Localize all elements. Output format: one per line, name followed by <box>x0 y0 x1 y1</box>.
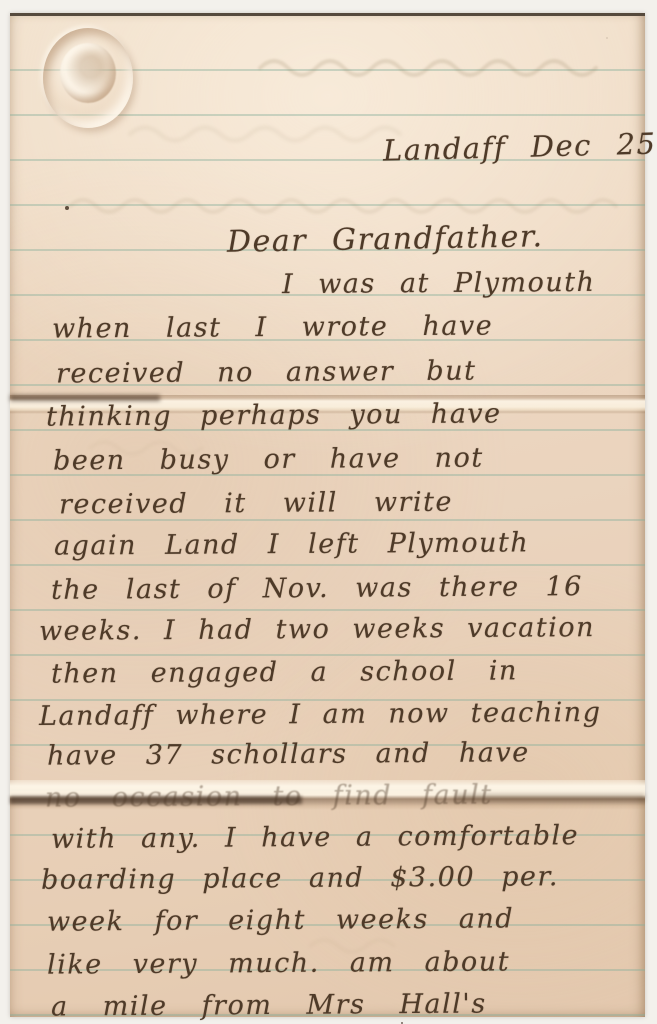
letter-line: I was at Plymouth <box>282 269 596 298</box>
letter-line: again Land I left Plymouth <box>54 529 529 559</box>
letter-line: no occasion to find fault <box>45 781 493 811</box>
letter-line: like very much. am about <box>47 948 510 978</box>
letter-line: week for eight weeks and <box>47 905 514 935</box>
letter-line: thinking perhaps you have <box>46 400 502 430</box>
letter-line: the last of Nov. was there 16 <box>51 573 583 604</box>
letter-line: a mile from Mrs Hall's <box>51 990 487 1020</box>
letter-line: when last I wrote have <box>52 312 493 342</box>
letter-salutation: Dear Grandfather. <box>227 222 544 258</box>
letter-line: with any. I have a comfortable <box>51 822 579 853</box>
letter-line: boarding place and $3.00 per. <box>41 863 559 894</box>
letter-dateline: Landaff Dec 25 <box>383 129 657 165</box>
letter-line: received no answer but <box>56 358 477 388</box>
letter-line: received it will write <box>59 489 453 519</box>
letter-line: Landaff where I am now teaching <box>39 699 602 730</box>
scan-background: Landaff Dec 25 Dear Grandfather. I was a… <box>0 0 657 1024</box>
embossed-seal-icon <box>43 28 133 128</box>
letter-line: weeks. I had two weeks vacation <box>39 614 595 645</box>
letter-line: have 37 schollars and have <box>47 739 530 769</box>
letter-line: been busy or have not <box>53 444 484 474</box>
ink-speck <box>65 206 69 210</box>
letter-line: then engaged a school in <box>51 657 518 687</box>
letter-page: Landaff Dec 25 Dear Grandfather. I was a… <box>10 13 645 1017</box>
